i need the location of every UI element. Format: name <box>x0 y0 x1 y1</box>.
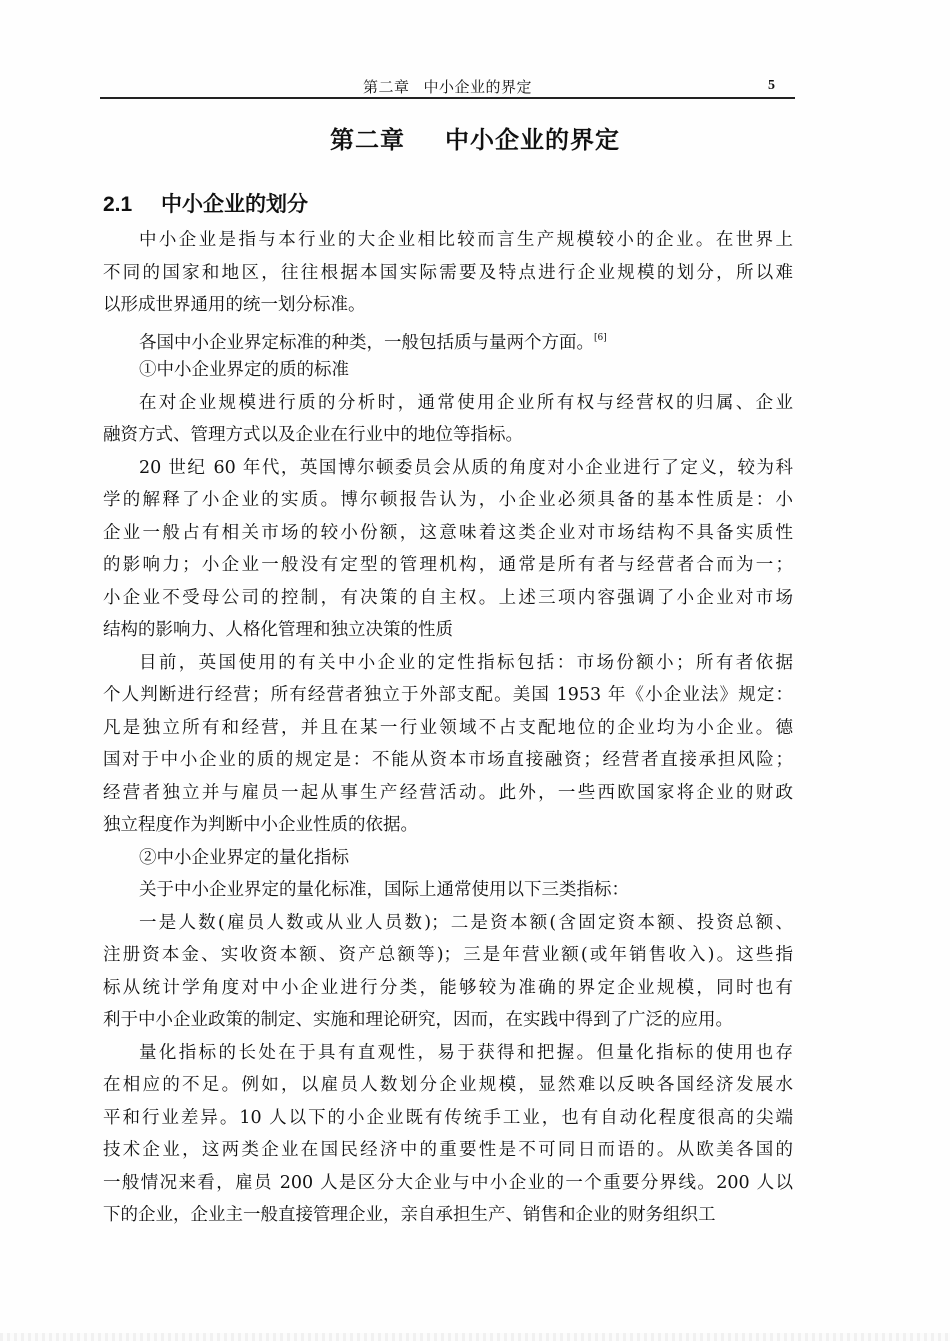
text-line: 在相应的不足。例如，以雇员人数划分企业规模，显然难以反映各国经济发展水 <box>103 1069 793 1102</box>
paragraph: 在对企业规模进行质的分析时，通常使用企业所有权与经营权的归属、企业融资方式、管理… <box>103 387 793 452</box>
paragraph: 目前，英国使用的有关中小企业的定性指标包括：市场份额小；所有者依据个人判断进行经… <box>103 647 793 842</box>
text-line: 20 世纪 60 年代，英国博尔顿委员会从质的角度对小企业进行了定义，较为科 <box>103 452 793 485</box>
text-line: ①中小企业界定的质的标准 <box>103 354 793 387</box>
paragraph: 各国中小企业界定标准的种类，一般包括质与量两个方面。[6] <box>103 322 793 355</box>
text-line: 中小企业是指与本行业的大企业相比较而言生产规模较小的企业。在世界上 <box>103 224 793 257</box>
text-line: 以形成世界通用的统一划分标准。 <box>103 289 793 322</box>
paragraph: 一是人数(雇员人数或从业人员数)；二是资本额(含固定资本额、投资总额、注册资本金… <box>103 907 793 1037</box>
running-header: 第二章中小企业的界定 5 <box>100 74 795 98</box>
header-rule <box>100 97 795 99</box>
section-heading: 2.1中小企业的划分 <box>103 188 308 218</box>
text-line: 关于中小企业界定的量化标准，国际上通常使用以下三类指标： <box>103 874 793 907</box>
body-text: 中小企业是指与本行业的大企业相比较而言生产规模较小的企业。在世界上不同的国家和地… <box>103 224 793 1232</box>
page-number: 5 <box>768 78 775 94</box>
text-line: 经营者独立并与雇员一起从事生产经营活动。此外，一些西欧国家将企业的财政 <box>103 777 793 810</box>
text-line: 国对于中小企业的质的规定是：不能从资本市场直接融资；经营者直接承担风险； <box>103 744 793 777</box>
text-line: 一是人数(雇员人数或从业人员数)；二是资本额(含固定资本额、投资总额、 <box>103 907 793 940</box>
chapter-name: 中小企业的界定 <box>445 126 620 154</box>
section-number: 2.1 <box>103 193 161 217</box>
paragraph: ②中小企业界定的量化指标 <box>103 842 793 875</box>
text-line: 的影响力；小企业一般没有定型的管理机构，通常是所有者与经营者合而为一； <box>103 549 793 582</box>
section-title: 中小企业的划分 <box>161 192 308 216</box>
running-header-chapter: 第二章 <box>363 78 410 96</box>
text-line: 在对企业规模进行质的分析时，通常使用企业所有权与经营权的归属、企业 <box>103 387 793 420</box>
text-line: 下的企业，企业主一般直接管理企业，亲自承担生产、销售和企业的财务组织工 <box>103 1199 793 1232</box>
text-line: 技术企业，这两类企业在国民经济中的重要性是不可同日而语的。从欧美各国的 <box>103 1134 793 1167</box>
scan-edge-artifact <box>0 1333 950 1341</box>
text-line: 不同的国家和地区，往往根据本国实际需要及特点进行企业规模的划分，所以难 <box>103 257 793 290</box>
text-line: 一般情况来看，雇员 200 人是区分大企业与中小企业的一个重要分界线。200 人… <box>103 1167 793 1200</box>
text-line: 各国中小企业界定标准的种类，一般包括质与量两个方面。[6] <box>103 322 793 355</box>
paragraph: 关于中小企业界定的量化标准，国际上通常使用以下三类指标： <box>103 874 793 907</box>
text-line: 凡是独立所有和经营，并且在某一行业领域不占支配地位的企业均为小企业。德 <box>103 712 793 745</box>
text-line: 目前，英国使用的有关中小企业的定性指标包括：市场份额小；所有者依据 <box>103 647 793 680</box>
text-line: 标从统计学角度对中小企业进行分类，能够较为准确的界定企业规模，同时也有 <box>103 972 793 1005</box>
text-line: 个人判断进行经营；所有经营者独立于外部支配。美国 1953 年《小企业法》规定： <box>103 679 793 712</box>
text-line: 学的解释了小企业的实质。博尔顿报告认为，小企业必须具备的基本性质是：小 <box>103 484 793 517</box>
paragraph: ①中小企业界定的质的标准 <box>103 354 793 387</box>
citation-marker: [6] <box>594 333 607 343</box>
text-line: 利于中小企业政策的制定、实施和理论研究，因而，在实践中得到了广泛的应用。 <box>103 1004 793 1037</box>
chapter-title: 第二章中小企业的界定 <box>0 120 950 155</box>
text-line: 量化指标的长处在于具有直观性，易于获得和把握。但量化指标的使用也存 <box>103 1037 793 1070</box>
running-header-chapter-title: 中小企业的界定 <box>424 78 533 96</box>
text-line: ②中小企业界定的量化指标 <box>103 842 793 875</box>
text-line: 独立程度作为判断中小企业性质的依据。 <box>103 809 793 842</box>
paragraph: 20 世纪 60 年代，英国博尔顿委员会从质的角度对小企业进行了定义，较为科学的… <box>103 452 793 647</box>
text-line: 融资方式、管理方式以及企业在行业中的地位等指标。 <box>103 419 793 452</box>
document-page: 第二章中小企业的界定 5 第二章中小企业的界定 2.1中小企业的划分 中小企业是… <box>0 0 950 1341</box>
chapter-number: 第二章 <box>330 126 405 154</box>
text-line: 结构的影响力、人格化管理和独立决策的性质 <box>103 614 793 647</box>
running-header-title: 第二章中小企业的界定 <box>100 76 795 97</box>
text-line: 企业一般占有相关市场的较小份额，这意味着这类企业对市场结构不具备实质性 <box>103 517 793 550</box>
text-line: 小企业不受母公司的控制，有决策的自主权。上述三项内容强调了小企业对市场 <box>103 582 793 615</box>
paragraph: 量化指标的长处在于具有直观性，易于获得和把握。但量化指标的使用也存在相应的不足。… <box>103 1037 793 1232</box>
text-line: 注册资本金、实收资本额、资产总额等)；三是年营业额(或年销售收入)。这些指 <box>103 939 793 972</box>
text-line: 平和行业差异。10 人以下的小企业既有传统手工业，也有自动化程度很高的尖端 <box>103 1102 793 1135</box>
paragraph: 中小企业是指与本行业的大企业相比较而言生产规模较小的企业。在世界上不同的国家和地… <box>103 224 793 322</box>
